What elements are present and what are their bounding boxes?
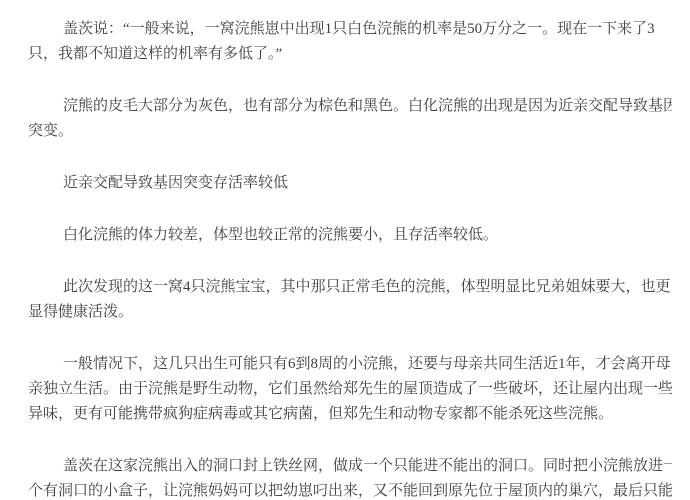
text-line: 异味，更有可能携带疯狗症病毒或其它病菌，但郑先生和动物专家都不能杀死这些浣熊。 xyxy=(28,402,672,427)
paragraph: 浣熊的皮毛大部分为灰色，也有部分为棕色和黑色。白化浣熊的出现是因为近亲交配导致基… xyxy=(28,94,672,144)
text-line: 此次发现的这一窝4只浣熊宝宝，其中那只正常毛色的浣熊，体型明显比兄弟姐妹要大，也… xyxy=(28,275,672,300)
article-page: 盖茨说：“一般来说，一窝浣熊崽中出现1只白色浣熊的机率是50万分之一。现在一下来… xyxy=(0,0,690,500)
paragraph: 盖茨说：“一般来说，一窝浣熊崽中出现1只白色浣熊的机率是50万分之一。现在一下来… xyxy=(28,17,672,67)
text-line: 只，我都不知道这样的机率有多低了。” xyxy=(28,42,672,67)
subheading-text: 近亲交配导致基因突变存活率较低 xyxy=(28,171,672,196)
paragraph: 一般情况下，这几只出生可能只有6到8周的小浣熊，还要与母亲共同生活近1年，才会离… xyxy=(28,352,672,427)
paragraph: 白化浣熊的体力较差，体型也较正常的浣熊要小，且存活率较低。 xyxy=(28,223,672,248)
text-line: 显得健康活泼。 xyxy=(28,300,672,325)
text-line: 盖茨在这家浣熊出入的洞口封上铁丝网，做成一个只能进不能出的洞口。同时把小浣熊放进… xyxy=(28,454,672,479)
text-line: 突变。 xyxy=(28,119,672,144)
text-line: 个有洞口的小盒子，让浣熊妈妈可以把幼崽叼出来，又不能回到原先位于屋顶内的巢穴，最… xyxy=(28,479,672,500)
subheading: 近亲交配导致基因突变存活率较低 xyxy=(28,171,672,196)
text-line: 白化浣熊的体力较差，体型也较正常的浣熊要小，且存活率较低。 xyxy=(28,223,672,248)
text-line: 一般情况下，这几只出生可能只有6到8周的小浣熊，还要与母亲共同生活近1年，才会离… xyxy=(28,352,672,377)
paragraph: 此次发现的这一窝4只浣熊宝宝，其中那只正常毛色的浣熊，体型明显比兄弟姐妹要大，也… xyxy=(28,275,672,325)
text-line: 浣熊的皮毛大部分为灰色，也有部分为棕色和黑色。白化浣熊的出现是因为近亲交配导致基… xyxy=(28,94,672,119)
text-line: 亲独立生活。由于浣熊是野生动物，它们虽然给郑先生的屋顶造成了一些破坏，还让屋内出… xyxy=(28,377,672,402)
text-line: 盖茨说：“一般来说，一窝浣熊崽中出现1只白色浣熊的机率是50万分之一。现在一下来… xyxy=(28,17,672,42)
paragraph: 盖茨在这家浣熊出入的洞口封上铁丝网，做成一个只能进不能出的洞口。同时把小浣熊放进… xyxy=(28,454,672,500)
